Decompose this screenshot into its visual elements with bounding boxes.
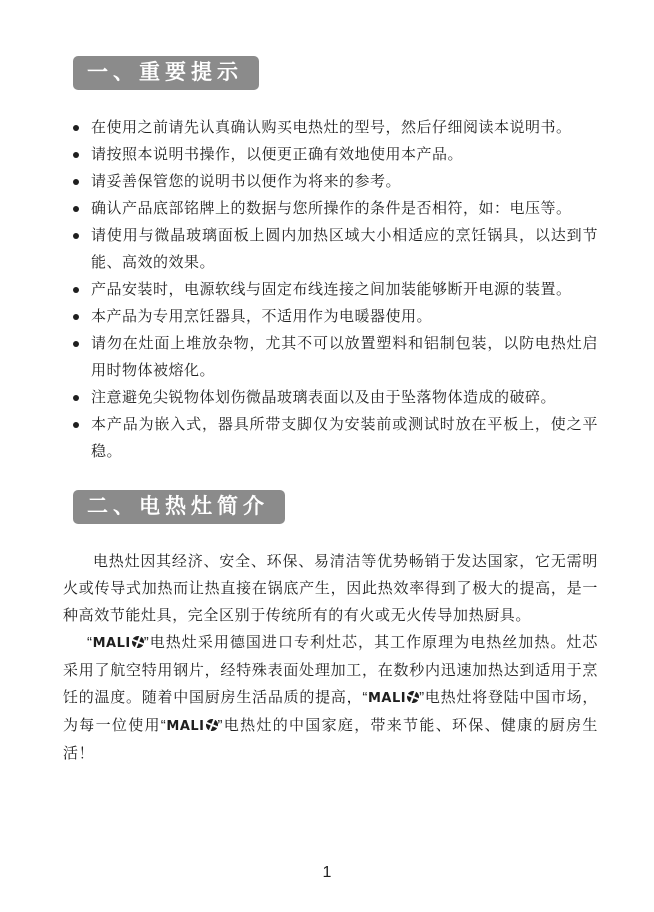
page-number: 1 <box>0 864 654 882</box>
section2-title: 二、电热灶简介 <box>87 495 269 518</box>
notice-item-8: 请勿在灶面上堆放杂物，尤其不可以放置塑料和铝制包装，以防电热灶启用时物体被熔化。 <box>63 330 598 384</box>
brand-text: MALI <box>368 691 406 706</box>
notice-item-2: 请按照本说明书操作，以便更正确有效地使用本产品。 <box>63 141 598 168</box>
notice-list: 在使用之前请先认真确认购买电热灶的型号，然后仔细阅读本说明书。 请按照本说明书操… <box>63 114 598 465</box>
notice-text: 注意避免尖锐物体划伤微晶玻璃表面以及由于坠落物体造成的破碎。 <box>91 384 598 411</box>
bullet-dot-icon <box>73 233 79 239</box>
notice-text: 在使用之前请先认真确认购买电热灶的型号，然后仔细阅读本说明书。 <box>91 114 598 141</box>
bullet-dot-icon <box>73 152 79 158</box>
notice-item-10: 本产品为嵌入式，器具所带支脚仅为安装前或测试时放在平板上，使之平稳。 <box>63 411 598 465</box>
brand-malio: MALI <box>368 691 419 706</box>
notice-text: 请按照本说明书操作，以便更正确有效地使用本产品。 <box>91 141 598 168</box>
brand-malio: MALI <box>166 719 217 734</box>
intro-paragraph-2: “MALI”电热灶采用德国进口专利灶芯，其工作原理为电热丝加热。灶芯采用了航空特… <box>63 629 598 767</box>
notice-text: 本产品为专用烹饪器具，不适用作为电暖器使用。 <box>91 303 598 330</box>
bullet-dot-icon <box>73 125 79 131</box>
bullet-dot-icon <box>73 341 79 347</box>
notice-text: 产品安装时，电源软线与固定布线连接之间加装能够断开电源的装置。 <box>91 276 598 303</box>
notice-item-7: 本产品为专用烹饪器具，不适用作为电暖器使用。 <box>63 303 598 330</box>
brand-text: MALI <box>166 719 204 734</box>
brand-malio: MALI <box>93 636 144 651</box>
notice-text: 请妥善保管您的说明书以便作为将来的参考。 <box>91 168 598 195</box>
intro-paragraph-1: 电热灶因其经济、安全、环保、易清洁等优势畅销于发达国家，它无需明火或传导式加热而… <box>63 548 598 629</box>
manual-page: 一、重要提示 在使用之前请先认真确认购买电热灶的型号，然后仔细阅读本说明书。 请… <box>0 0 654 912</box>
notice-text: 本产品为嵌入式，器具所带支脚仅为安装前或测试时放在平板上，使之平稳。 <box>91 411 598 465</box>
bullet-dot-icon <box>73 287 79 293</box>
section2-header: 二、电热灶简介 <box>73 490 285 524</box>
notice-item-6: 产品安装时，电源软线与固定布线连接之间加装能够断开电源的装置。 <box>63 276 598 303</box>
bullet-dot-icon <box>73 422 79 428</box>
section-important-notices: 一、重要提示 在使用之前请先认真确认购买电热灶的型号，然后仔细阅读本说明书。 请… <box>63 56 598 465</box>
notice-item-4: 确认产品底部铭牌上的数据与您所操作的条件是否相符，如：电压等。 <box>63 195 598 222</box>
notice-item-9: 注意避免尖锐物体划伤微晶玻璃表面以及由于坠落物体造成的破碎。 <box>63 384 598 411</box>
notice-text: 请使用与微晶玻璃面板上圆内加热区域大小相适应的烹饪锅具，以达到节能、高效的效果。 <box>91 222 598 276</box>
bullet-dot-icon <box>73 206 79 212</box>
section1-header: 一、重要提示 <box>73 56 259 90</box>
section1-title: 一、重要提示 <box>87 61 243 84</box>
notice-text: 请勿在灶面上堆放杂物，尤其不可以放置塑料和铝制包装，以防电热灶启用时物体被熔化。 <box>91 330 598 384</box>
notice-item-1: 在使用之前请先认真确认购买电热灶的型号，然后仔细阅读本说明书。 <box>63 114 598 141</box>
bullet-dot-icon <box>73 314 79 320</box>
notice-text: 确认产品底部铭牌上的数据与您所操作的条件是否相符，如：电压等。 <box>91 195 598 222</box>
brand-text: MALI <box>93 636 131 651</box>
bullet-dot-icon <box>73 179 79 185</box>
section-stove-intro: 二、电热灶简介 电热灶因其经济、安全、环保、易清洁等优势畅销于发达国家，它无需明… <box>63 490 598 767</box>
notice-item-3: 请妥善保管您的说明书以便作为将来的参考。 <box>63 168 598 195</box>
bullet-dot-icon <box>73 395 79 401</box>
notice-item-5: 请使用与微晶玻璃面板上圆内加热区域大小相适应的烹饪锅具，以达到节能、高效的效果。 <box>63 222 598 276</box>
